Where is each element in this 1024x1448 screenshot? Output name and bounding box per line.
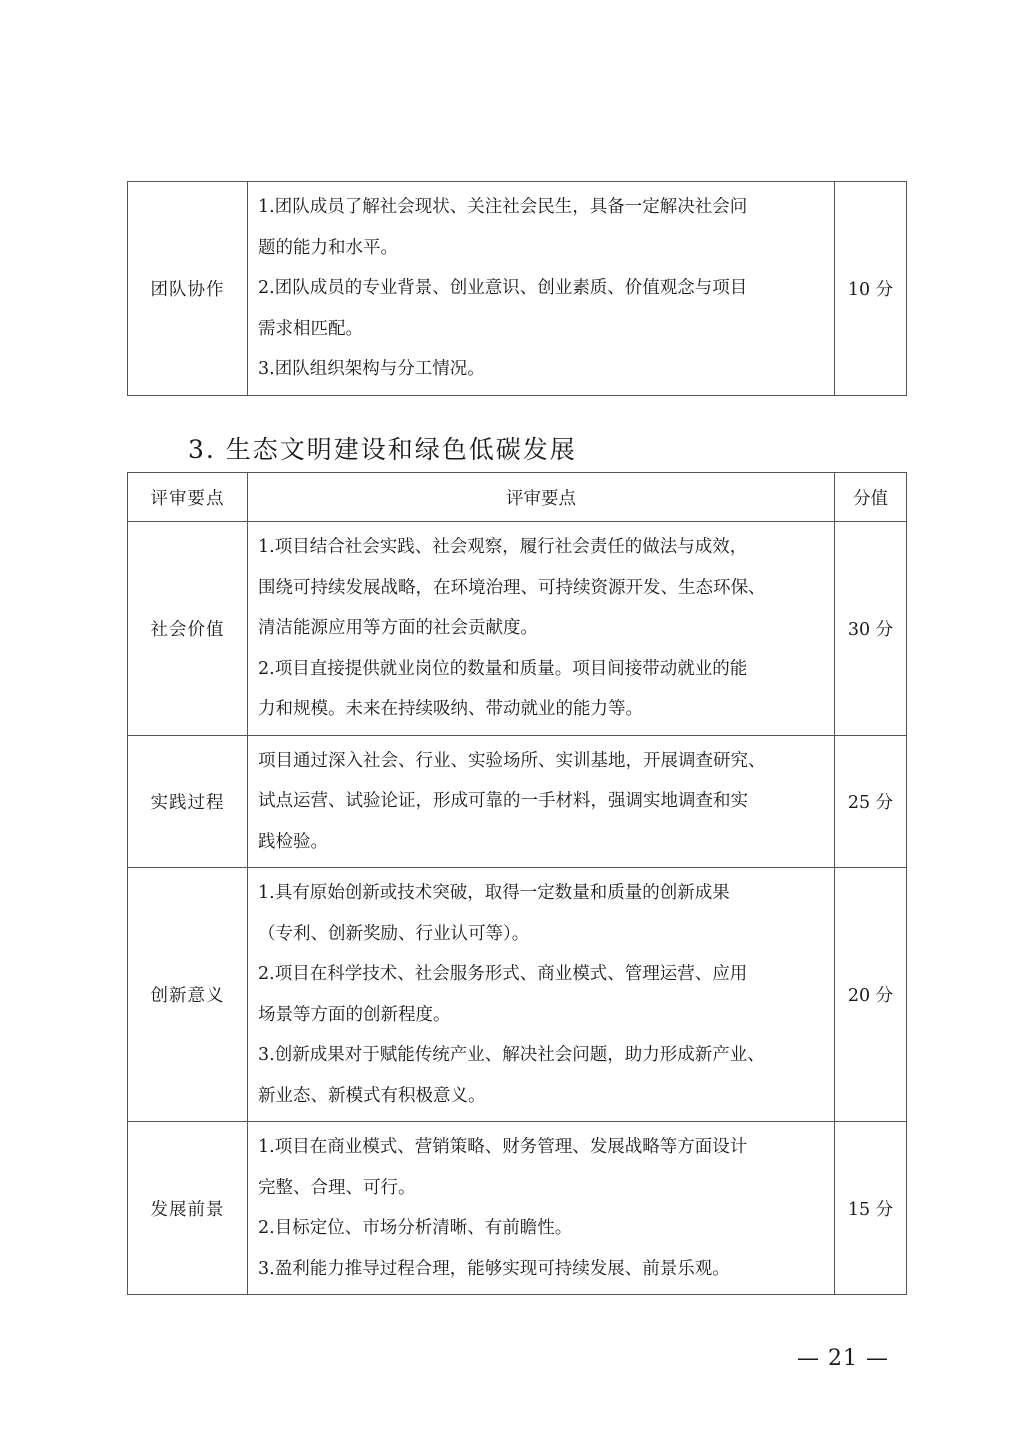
criterion-score: 20 分	[835, 868, 907, 1122]
criterion-score: 15 分	[835, 1122, 907, 1295]
description-line: 试点运营、试验论证，形成可靠的一手材料，强调实地调查和实	[258, 781, 826, 822]
description-line: 2.项目在科学技术、社会服务形式、商业模式、管理运营、应用	[258, 954, 826, 995]
description-line: 3.创新成果对于赋能传统产业、解决社会问题，助力形成新产业、	[258, 1035, 826, 1076]
table-row: 实践过程 项目通过深入社会、行业、实验场所、实训基地，开展调查研究、 试点运营、…	[128, 735, 907, 868]
header-score: 分值	[835, 473, 907, 522]
page-number: — 21 —	[797, 1346, 889, 1371]
criterion-score: 30 分	[835, 522, 907, 736]
description-line: 1.具有原始创新或技术突破，取得一定数量和质量的创新成果	[258, 873, 826, 914]
criterion-description: 项目通过深入社会、行业、实验场所、实训基地，开展调查研究、 试点运营、试验论证，…	[248, 735, 835, 868]
criterion-description: 1.团队成员了解社会现状、关注社会民生，具备一定解决社会问 题的能力和水平。 2…	[248, 182, 835, 396]
criterion-score: 25 分	[835, 735, 907, 868]
description-line: （专利、创新奖励、行业认可等）。	[258, 914, 826, 955]
criterion-label: 实践过程	[128, 735, 248, 868]
description-line: 力和规模。未来在持续吸纳、带动就业的能力等。	[258, 689, 826, 730]
criterion-description: 1.项目结合社会实践、社会观察，履行社会责任的做法与成效， 围绕可持续发展战略，…	[248, 522, 835, 736]
description-line: 3.盈利能力推导过程合理，能够实现可持续发展、前景乐观。	[258, 1249, 826, 1290]
description-line: 3.团队组织架构与分工情况。	[258, 349, 826, 390]
description-line: 1.团队成员了解社会现状、关注社会民生，具备一定解决社会问	[258, 187, 826, 228]
criteria-table-team: 团队协作 1.团队成员了解社会现状、关注社会民生，具备一定解决社会问 题的能力和…	[127, 181, 907, 396]
description-line: 清洁能源应用等方面的社会贡献度。	[258, 608, 826, 649]
section-heading: 3. 生态文明建设和绿色低碳发展	[188, 430, 577, 466]
description-line: 2.目标定位、市场分析清晰、有前瞻性。	[258, 1208, 826, 1249]
criterion-score: 10 分	[835, 182, 907, 396]
criterion-label: 社会价值	[128, 522, 248, 736]
table-header-row: 评审要点 评审要点 分值	[128, 473, 907, 522]
table-row: 发展前景 1.项目在商业模式、营销策略、财务管理、发展战略等方面设计 完整、合理…	[128, 1122, 907, 1295]
table-row: 创新意义 1.具有原始创新或技术突破，取得一定数量和质量的创新成果 （专利、创新…	[128, 868, 907, 1122]
description-line: 围绕可持续发展战略，在环境治理、可持续资源开发、生态环保、	[258, 568, 826, 609]
description-line: 需求相匹配。	[258, 309, 826, 350]
description-line: 题的能力和水平。	[258, 228, 826, 269]
description-line: 1.项目结合社会实践、社会观察，履行社会责任的做法与成效，	[258, 527, 826, 568]
criterion-description: 1.具有原始创新或技术突破，取得一定数量和质量的创新成果 （专利、创新奖励、行业…	[248, 868, 835, 1122]
criterion-label: 团队协作	[128, 182, 248, 396]
criteria-table-ecology: 评审要点 评审要点 分值 社会价值 1.项目结合社会实践、社会观察，履行社会责任…	[127, 472, 907, 1295]
description-line: 项目通过深入社会、行业、实验场所、实训基地，开展调查研究、	[258, 741, 826, 782]
table-row: 社会价值 1.项目结合社会实践、社会观察，履行社会责任的做法与成效， 围绕可持续…	[128, 522, 907, 736]
description-line: 2.项目直接提供就业岗位的数量和质量。项目间接带动就业的能	[258, 649, 826, 690]
description-line: 2.团队成员的专业背景、创业意识、创业素质、价值观念与项目	[258, 268, 826, 309]
criterion-label: 发展前景	[128, 1122, 248, 1295]
criterion-description: 1.项目在商业模式、营销策略、财务管理、发展战略等方面设计 完整、合理、可行。 …	[248, 1122, 835, 1295]
description-line: 场景等方面的创新程度。	[258, 995, 826, 1036]
header-criterion: 评审要点	[128, 473, 248, 522]
description-line: 新业态、新模式有积极意义。	[258, 1076, 826, 1117]
description-line: 践检验。	[258, 822, 826, 863]
description-line: 完整、合理、可行。	[258, 1168, 826, 1209]
header-description: 评审要点	[248, 473, 835, 522]
description-line: 1.项目在商业模式、营销策略、财务管理、发展战略等方面设计	[258, 1127, 826, 1168]
table-row: 团队协作 1.团队成员了解社会现状、关注社会民生，具备一定解决社会问 题的能力和…	[128, 182, 907, 396]
criterion-label: 创新意义	[128, 868, 248, 1122]
